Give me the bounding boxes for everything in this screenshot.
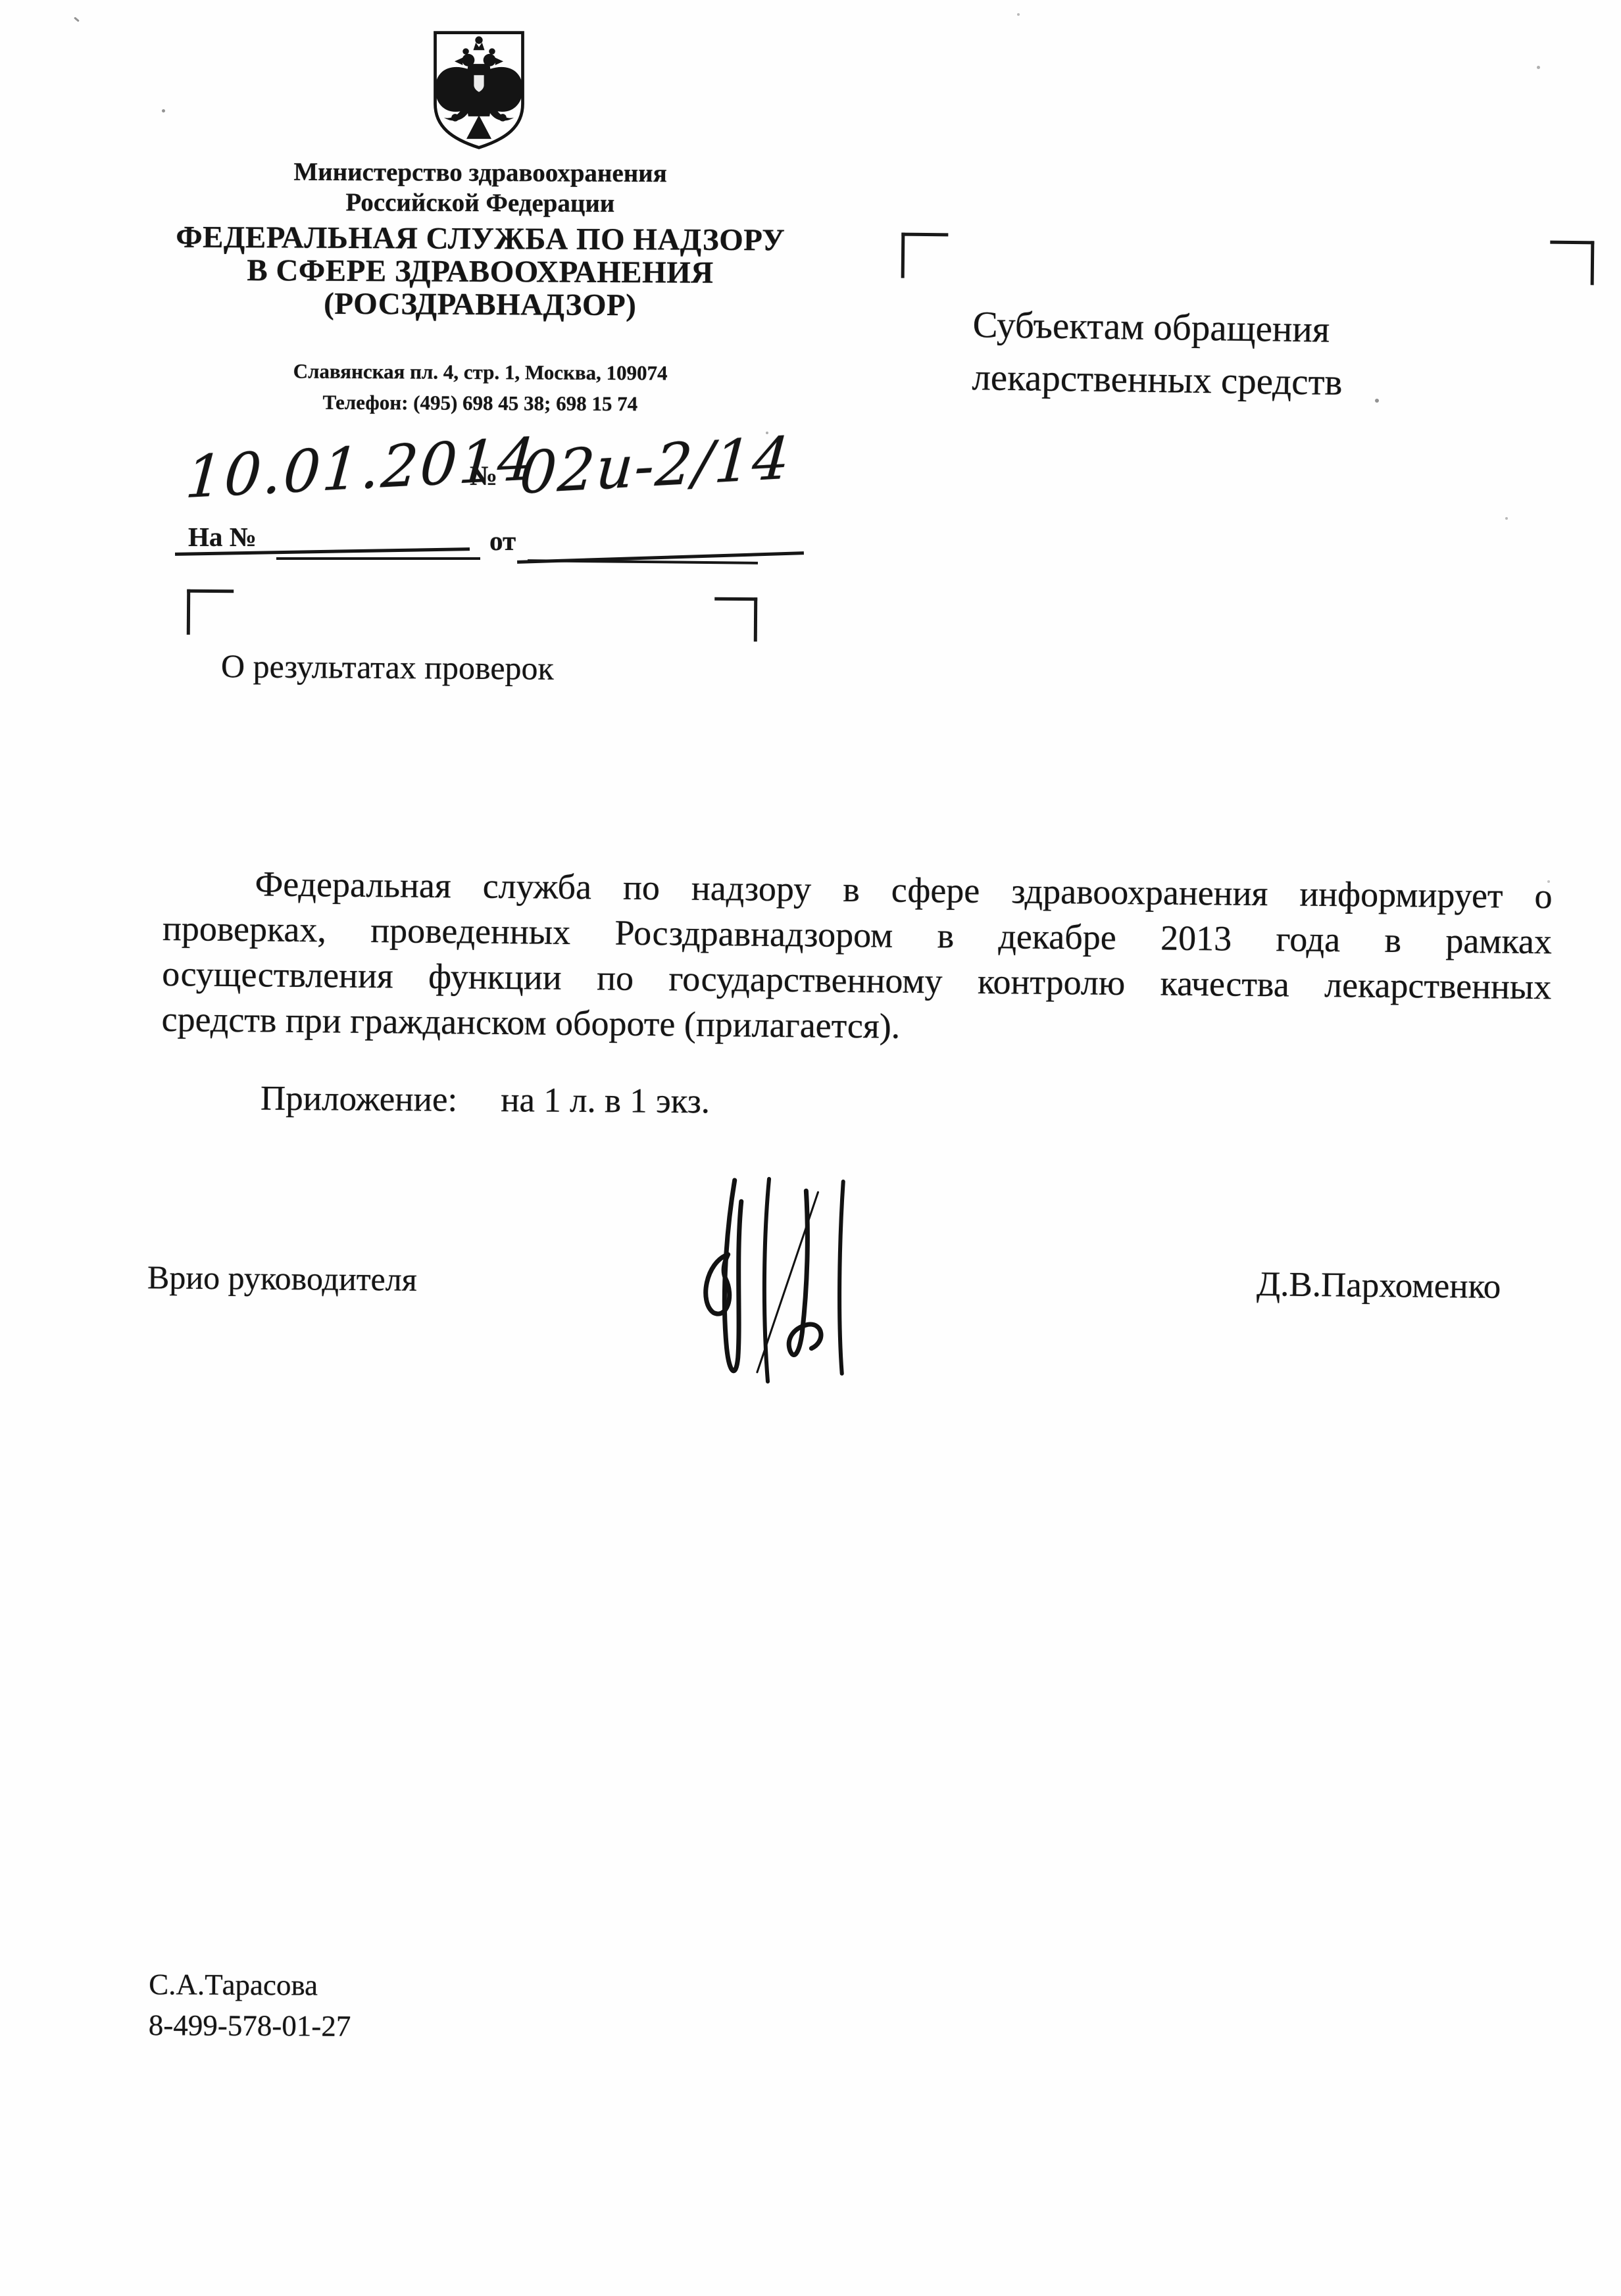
- scan-speck: [74, 16, 80, 22]
- scan-speck: [1017, 13, 1020, 16]
- corner-mark-subject-right: [714, 597, 757, 641]
- service-line-1: ФЕДЕРАЛЬНАЯ СЛУЖБА ПО НАДЗОРУ: [164, 220, 796, 257]
- number-sign-label: №: [470, 461, 497, 492]
- executor-phone: 8-499-578-01-27: [149, 2005, 351, 2047]
- ministry-line-2: Российской Федерации: [217, 187, 743, 219]
- executor-contact: С.А.Тарасова 8-499-578-01-27: [149, 1964, 351, 2047]
- body-paragraph: Федеральная служба по надзору в сфере зд…: [161, 861, 1553, 1055]
- scan-speck: [162, 109, 165, 112]
- attachment-value: на 1 л. в 1 экз.: [501, 1081, 710, 1120]
- scanned-letter-page: Министерство здравоохранения Российской …: [0, 0, 1621, 2296]
- service-name: ФЕДЕРАЛЬНАЯ СЛУЖБА ПО НАДЗОРУ В СФЕРЕ ЗД…: [164, 220, 797, 322]
- corner-mark-addressee-right: [1550, 241, 1595, 286]
- signer-title: Врио руководителя: [147, 1258, 417, 1299]
- coat-of-arms-russia-icon: [428, 28, 530, 153]
- handwritten-signature: [676, 1175, 855, 1387]
- attachment-note: Приложение:на 1 л. в 1 экз.: [261, 1079, 710, 1122]
- phone-line: Телефон: (495) 698 45 38; 698 15 74: [164, 386, 796, 420]
- address-block: Славянская пл. 4, стр. 1, Москва, 109074…: [164, 355, 796, 420]
- scan-speck: [1505, 517, 1508, 520]
- addressee-block: Субъектам обращения лекарственных средст…: [972, 299, 1343, 409]
- subject-line: О результатах проверок: [221, 647, 554, 687]
- reply-date-label: от: [489, 525, 516, 557]
- corner-mark-addressee-left: [901, 233, 949, 279]
- service-line-3: (РОСЗДРАВНАДЗОР): [164, 286, 796, 322]
- executor-name: С.А.Тарасова: [149, 1964, 351, 2006]
- ministry-name: Министерство здравоохранения Российской …: [217, 157, 743, 219]
- handwritten-number: 02и-2/14: [518, 424, 793, 507]
- addressee-line-1: Субъектам обращения: [972, 299, 1343, 357]
- reply-date-blank-line: [528, 559, 758, 564]
- scan-speck: [766, 432, 768, 434]
- addressee-line-2: лекарственных средств: [972, 351, 1343, 409]
- attachment-label: Приложение:: [261, 1080, 458, 1119]
- service-line-2: В СФЕРЕ ЗДРАВООХРАНЕНИЯ: [164, 253, 796, 289]
- scan-speck: [1547, 880, 1550, 883]
- signer-name: Д.В.Пархоменко: [1257, 1264, 1501, 1307]
- reply-number-label: На №: [188, 521, 257, 553]
- address-line: Славянская пл. 4, стр. 1, Москва, 109074: [164, 355, 796, 389]
- reply-number-blank-line: [276, 557, 480, 560]
- corner-mark-subject-left: [187, 589, 234, 635]
- scan-speck: [1375, 399, 1379, 403]
- ministry-line-1: Министерство здравоохранения: [217, 157, 743, 189]
- scan-speck: [1537, 66, 1540, 69]
